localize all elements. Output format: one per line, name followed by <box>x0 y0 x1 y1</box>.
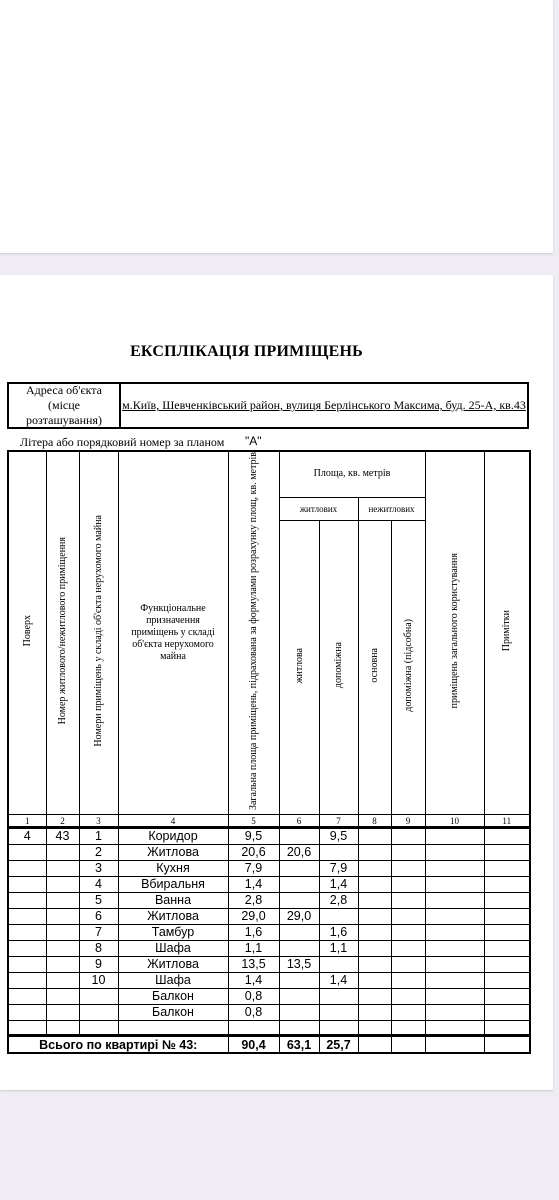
cell-purpose: Кухня <box>118 861 228 877</box>
cell-purpose: Тамбур <box>118 925 228 941</box>
cell-empty <box>358 828 391 845</box>
cell-empty <box>484 828 530 845</box>
cell-empty <box>391 828 425 845</box>
cell-no: 10 <box>79 973 118 989</box>
column-number: 6 <box>279 815 319 828</box>
header-common-use: приміщень загального користування <box>425 451 484 815</box>
table-row: 9Житлова13,513,5 <box>8 957 530 973</box>
cell-empty <box>425 877 484 893</box>
cell-aux: 1,4 <box>319 973 358 989</box>
cell-floor <box>8 941 46 957</box>
cell-apt <box>46 957 79 973</box>
cell-living <box>279 893 319 909</box>
cell-empty <box>484 973 530 989</box>
table-row: 3Кухня7,97,9 <box>8 861 530 877</box>
cell-living <box>279 828 319 845</box>
cell-no <box>79 989 118 1005</box>
cell-empty <box>391 845 425 861</box>
cell-no: 2 <box>79 845 118 861</box>
cell-empty <box>391 989 425 1005</box>
cell-empty <box>484 861 530 877</box>
header-residential: житлових <box>279 497 358 520</box>
cell-total: 1,6 <box>228 925 279 941</box>
header-notes: Примітки <box>484 451 530 815</box>
total-label: Всього по квартирі № 43: <box>8 1036 228 1054</box>
cell-empty <box>484 893 530 909</box>
cell-empty <box>425 909 484 925</box>
cell-empty <box>391 909 425 925</box>
cell-empty <box>358 989 391 1005</box>
header-main: основна <box>358 520 391 814</box>
cell-floor <box>8 989 46 1005</box>
cell-floor <box>8 877 46 893</box>
cell-no: 5 <box>79 893 118 909</box>
cell-living <box>279 989 319 1005</box>
cell-floor <box>8 957 46 973</box>
cell-empty <box>391 925 425 941</box>
cell-total: 2,8 <box>228 893 279 909</box>
cell-empty <box>425 957 484 973</box>
table-row: 4431Коридор9,59,5 <box>8 828 530 845</box>
cell-purpose: Шафа <box>118 941 228 957</box>
cell-living <box>279 925 319 941</box>
cell-living <box>279 973 319 989</box>
cell-aux: 9,5 <box>319 828 358 845</box>
cell-empty <box>358 925 391 941</box>
cell-aux <box>319 989 358 1005</box>
cell-aux: 1,4 <box>319 877 358 893</box>
cell-empty <box>358 1005 391 1021</box>
cell-empty <box>484 925 530 941</box>
cell-apt <box>46 973 79 989</box>
cell-empty <box>391 973 425 989</box>
cell-apt <box>46 1005 79 1021</box>
cell-aux <box>319 909 358 925</box>
header-apt-number: Номер житлового/нежитлового приміщення <box>46 451 79 815</box>
total-area: 90,4 <box>228 1036 279 1054</box>
cell-aux <box>319 845 358 861</box>
header-area-group: Площа, кв. метрів <box>279 451 425 497</box>
cell-no: 7 <box>79 925 118 941</box>
cell-floor <box>8 845 46 861</box>
column-number: 2 <box>46 815 79 828</box>
cell-aux <box>319 957 358 973</box>
column-number: 3 <box>79 815 118 828</box>
cell-purpose: Житлова <box>118 845 228 861</box>
cell-purpose: Житлова <box>118 957 228 973</box>
cell-empty <box>484 877 530 893</box>
cell-empty <box>425 845 484 861</box>
cell-apt: 43 <box>46 828 79 845</box>
cell-empty <box>425 828 484 845</box>
cell-purpose: Балкон <box>118 989 228 1005</box>
column-number: 10 <box>425 815 484 828</box>
cell-living: 29,0 <box>279 909 319 925</box>
cell-no <box>79 1005 118 1021</box>
total-row: Всього по квартирі № 43: 90,4 63,1 25,7 <box>8 1036 530 1054</box>
cell-empty <box>484 909 530 925</box>
column-number: 4 <box>118 815 228 828</box>
cell-apt <box>46 861 79 877</box>
cell-empty <box>358 909 391 925</box>
cell-empty <box>358 973 391 989</box>
cell-empty <box>484 941 530 957</box>
cell-floor: 4 <box>8 828 46 845</box>
cell-aux: 1,1 <box>319 941 358 957</box>
cell-no: 1 <box>79 828 118 845</box>
table-row: 5Ванна2,82,8 <box>8 893 530 909</box>
cell-no: 9 <box>79 957 118 973</box>
document-title: ЕКСПЛІКАЦІЯ ПРИМІЩЕНЬ <box>0 343 493 361</box>
cell-total: 29,0 <box>228 909 279 925</box>
cell-apt <box>46 845 79 861</box>
cell-living: 13,5 <box>279 957 319 973</box>
cell-empty <box>391 941 425 957</box>
cell-empty <box>358 941 391 957</box>
cell-total: 9,5 <box>228 828 279 845</box>
cell-empty <box>484 1005 530 1021</box>
header-total-area: Загальна площа приміщень, підрахована за… <box>228 451 279 815</box>
litera-value: "А" <box>245 434 262 448</box>
cell-empty <box>425 861 484 877</box>
cell-aux <box>319 1005 358 1021</box>
header-living: житлова <box>279 520 319 814</box>
cell-no: 3 <box>79 861 118 877</box>
header-floor: Поверх <box>8 451 46 815</box>
address-value: м.Київ, Шевченківський район, вулиця Бер… <box>121 384 527 427</box>
table-row: 7Тамбур1,61,6 <box>8 925 530 941</box>
cell-empty <box>358 845 391 861</box>
page-1 <box>0 0 553 253</box>
cell-empty <box>358 957 391 973</box>
cell-empty <box>391 957 425 973</box>
cell-apt <box>46 893 79 909</box>
cell-aux: 1,6 <box>319 925 358 941</box>
cell-no: 6 <box>79 909 118 925</box>
cell-no: 8 <box>79 941 118 957</box>
cell-empty <box>425 973 484 989</box>
explication-table: Поверх Номер житлового/нежитлового примі… <box>7 450 531 1054</box>
total-living: 63,1 <box>279 1036 319 1054</box>
table-row: 2Житлова20,620,6 <box>8 845 530 861</box>
cell-total: 0,8 <box>228 989 279 1005</box>
header-auxiliary-utility: допоміжна (підсобна) <box>391 520 425 814</box>
cell-floor <box>8 861 46 877</box>
cell-empty <box>484 989 530 1005</box>
column-number: 9 <box>391 815 425 828</box>
cell-empty <box>425 1005 484 1021</box>
cell-total: 1,1 <box>228 941 279 957</box>
cell-apt <box>46 877 79 893</box>
cell-apt <box>46 989 79 1005</box>
address-label: Адреса об'єкта (місце розташування) <box>9 384 121 427</box>
column-number: 7 <box>319 815 358 828</box>
cell-empty <box>484 845 530 861</box>
cell-apt <box>46 925 79 941</box>
cell-living <box>279 861 319 877</box>
cell-empty <box>358 893 391 909</box>
column-number: 11 <box>484 815 530 828</box>
cell-living <box>279 1005 319 1021</box>
total-auxiliary: 25,7 <box>319 1036 358 1054</box>
cell-total: 7,9 <box>228 861 279 877</box>
cell-total: 0,8 <box>228 1005 279 1021</box>
table-row: 4Вбиральня1,41,4 <box>8 877 530 893</box>
table-row: 6Житлова29,029,0 <box>8 909 530 925</box>
cell-apt <box>46 909 79 925</box>
header-purpose: Функціональне призначення приміщень у ск… <box>118 451 228 815</box>
cell-empty <box>391 861 425 877</box>
cell-total: 20,6 <box>228 845 279 861</box>
cell-no: 4 <box>79 877 118 893</box>
cell-floor <box>8 925 46 941</box>
cell-living <box>279 877 319 893</box>
cell-apt <box>46 941 79 957</box>
cell-empty <box>425 989 484 1005</box>
column-number: 8 <box>358 815 391 828</box>
cell-empty <box>425 941 484 957</box>
litera-label: Літера або порядковий номер за планом <box>20 435 224 450</box>
cell-floor <box>8 893 46 909</box>
cell-aux: 2,8 <box>319 893 358 909</box>
cell-empty <box>484 957 530 973</box>
cell-purpose: Балкон <box>118 1005 228 1021</box>
cell-purpose: Вбиральня <box>118 877 228 893</box>
page-2: ЕКСПЛІКАЦІЯ ПРИМІЩЕНЬ Адреса об'єкта (мі… <box>0 275 553 1090</box>
table-row: 8Шафа1,11,1 <box>8 941 530 957</box>
cell-empty <box>391 893 425 909</box>
cell-empty <box>391 1005 425 1021</box>
cell-living: 20,6 <box>279 845 319 861</box>
cell-purpose: Ванна <box>118 893 228 909</box>
cell-aux: 7,9 <box>319 861 358 877</box>
cell-living <box>279 941 319 957</box>
cell-purpose: Шафа <box>118 973 228 989</box>
table-row: Балкон0,8 <box>8 1005 530 1021</box>
cell-empty <box>358 861 391 877</box>
table-row: 10Шафа1,41,4 <box>8 973 530 989</box>
cell-empty <box>425 925 484 941</box>
header-room-numbers: Номери приміщень у складі об'єкта нерухо… <box>79 451 118 815</box>
header-nonresidential: нежитлових <box>358 497 425 520</box>
column-number: 1 <box>8 815 46 828</box>
cell-total: 1,4 <box>228 973 279 989</box>
column-number: 5 <box>228 815 279 828</box>
header-auxiliary: допоміжна <box>319 520 358 814</box>
column-numbers-row: 1234567891011 <box>8 815 530 828</box>
cell-empty <box>391 877 425 893</box>
cell-floor <box>8 909 46 925</box>
cell-floor <box>8 1005 46 1021</box>
cell-empty <box>425 893 484 909</box>
spacer-row <box>8 1021 530 1036</box>
cell-purpose: Коридор <box>118 828 228 845</box>
cell-purpose: Житлова <box>118 909 228 925</box>
cell-floor <box>8 973 46 989</box>
cell-total: 1,4 <box>228 877 279 893</box>
table-row: Балкон0,8 <box>8 989 530 1005</box>
cell-total: 13,5 <box>228 957 279 973</box>
address-box: Адреса об'єкта (місце розташування) м.Ки… <box>7 382 529 429</box>
cell-empty <box>358 877 391 893</box>
